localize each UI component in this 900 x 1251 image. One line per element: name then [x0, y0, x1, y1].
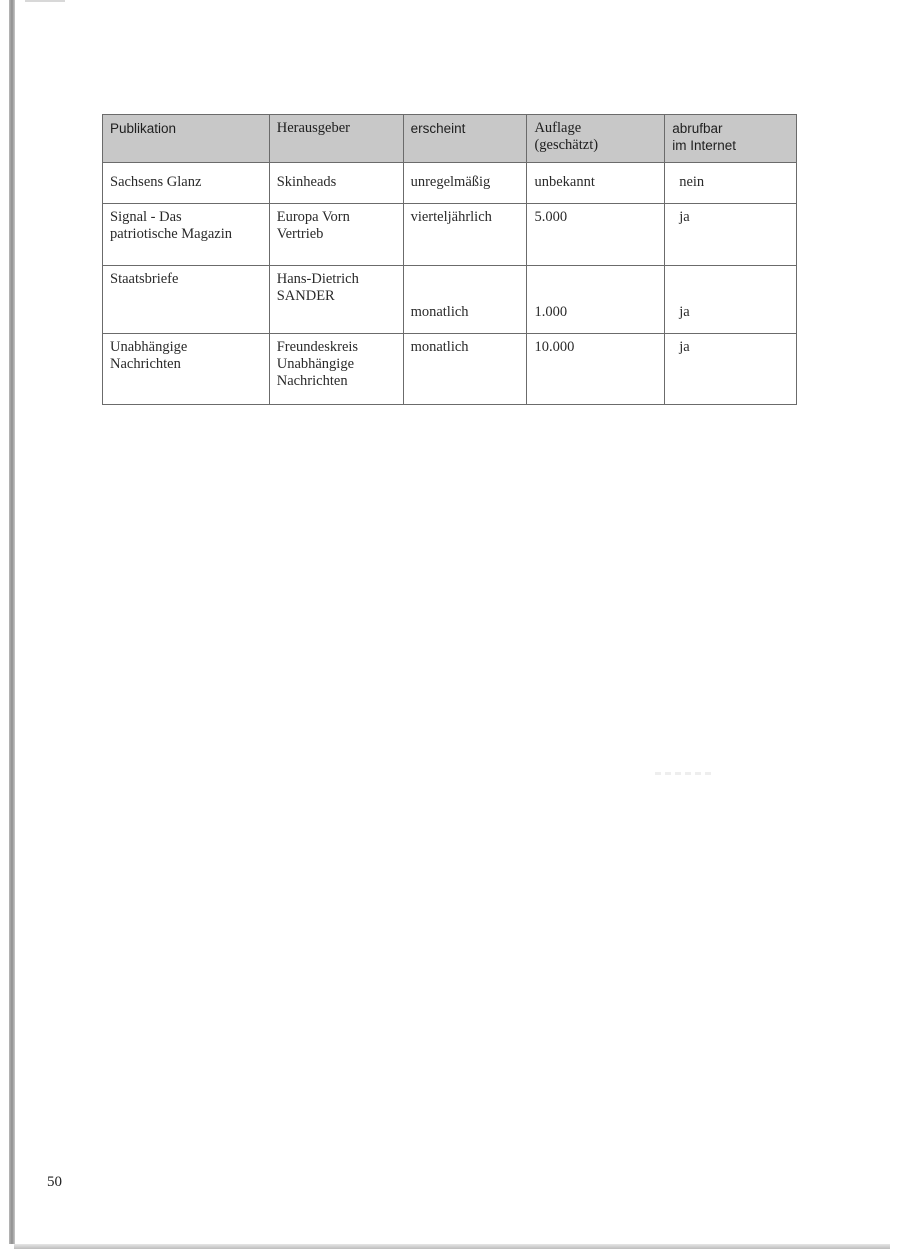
- header-herausgeber: Herausgeber: [269, 115, 403, 163]
- cell-publikation: Staatsbriefe: [103, 266, 270, 334]
- cell-erscheint: vierteljährlich: [403, 204, 527, 266]
- cell-line: Freundeskreis: [277, 339, 358, 355]
- cell-line: Unabhängige: [110, 339, 187, 355]
- cell-line: Vertrieb: [277, 226, 324, 242]
- cell-line: Unabhängige: [277, 356, 354, 372]
- cell-herausgeber: Hans-Dietrich SANDER: [269, 266, 403, 334]
- cell-herausgeber: Europa Vorn Vertrieb: [269, 204, 403, 266]
- cell-erscheint: unregelmäßig: [403, 163, 527, 204]
- cell-publikation: Unabhängige Nachrichten: [103, 334, 270, 405]
- cell-herausgeber: Skinheads: [269, 163, 403, 204]
- cell-line: patriotische Magazin: [110, 226, 232, 242]
- cell-auflage: 10.000: [527, 334, 665, 405]
- publications-table: Publikation Herausgeber erscheint Auflag…: [102, 114, 797, 405]
- table-row: Unabhängige Nachrichten Freundeskreis Un…: [103, 334, 797, 405]
- scan-edge-mark: [25, 0, 65, 2]
- header-auflage: Auflage (geschätzt): [527, 115, 665, 163]
- cell-internet: ja: [665, 266, 797, 334]
- cell-erscheint: monatlich: [403, 266, 527, 334]
- cell-publikation: Signal - Das patriotische Magazin: [103, 204, 270, 266]
- table-header-row: Publikation Herausgeber erscheint Auflag…: [103, 115, 797, 163]
- book-spine-shadow: [9, 0, 15, 1244]
- cell-herausgeber: Freundeskreis Unabhängige Nachrichten: [269, 334, 403, 405]
- header-internet: abrufbar im Internet: [665, 115, 797, 163]
- header-internet-line2: im Internet: [672, 138, 736, 153]
- cell-erscheint: monatlich: [403, 334, 527, 405]
- header-auflage-line1: Auflage: [534, 120, 581, 136]
- cell-line: Signal - Das: [110, 209, 182, 225]
- header-erscheint: erscheint: [403, 115, 527, 163]
- table-row: Sachsens Glanz Skinheads unregelmäßig un…: [103, 163, 797, 204]
- table-row: Signal - Das patriotische Magazin Europa…: [103, 204, 797, 266]
- table-row: Staatsbriefe Hans-Dietrich SANDER monatl…: [103, 266, 797, 334]
- page-bottom-edge: [14, 1244, 890, 1249]
- cell-line: Europa Vorn: [277, 209, 350, 225]
- page-number: 50: [47, 1174, 62, 1191]
- faint-scan-artifact: [655, 772, 715, 775]
- cell-line: Hans-Dietrich: [277, 271, 359, 287]
- cell-line: Nachrichten: [110, 356, 181, 372]
- cell-auflage: unbekannt: [527, 163, 665, 204]
- cell-auflage: 1.000: [527, 266, 665, 334]
- cell-publikation: Sachsens Glanz: [103, 163, 270, 204]
- cell-auflage: 5.000: [527, 204, 665, 266]
- header-publikation: Publikation: [103, 115, 270, 163]
- cell-line: Nachrichten: [277, 373, 348, 389]
- cell-internet: ja: [665, 334, 797, 405]
- header-internet-line1: abrufbar: [672, 121, 722, 136]
- cell-line: SANDER: [277, 288, 335, 304]
- cell-internet: ja: [665, 204, 797, 266]
- cell-internet: nein: [665, 163, 797, 204]
- header-auflage-line2: (geschätzt): [534, 137, 598, 153]
